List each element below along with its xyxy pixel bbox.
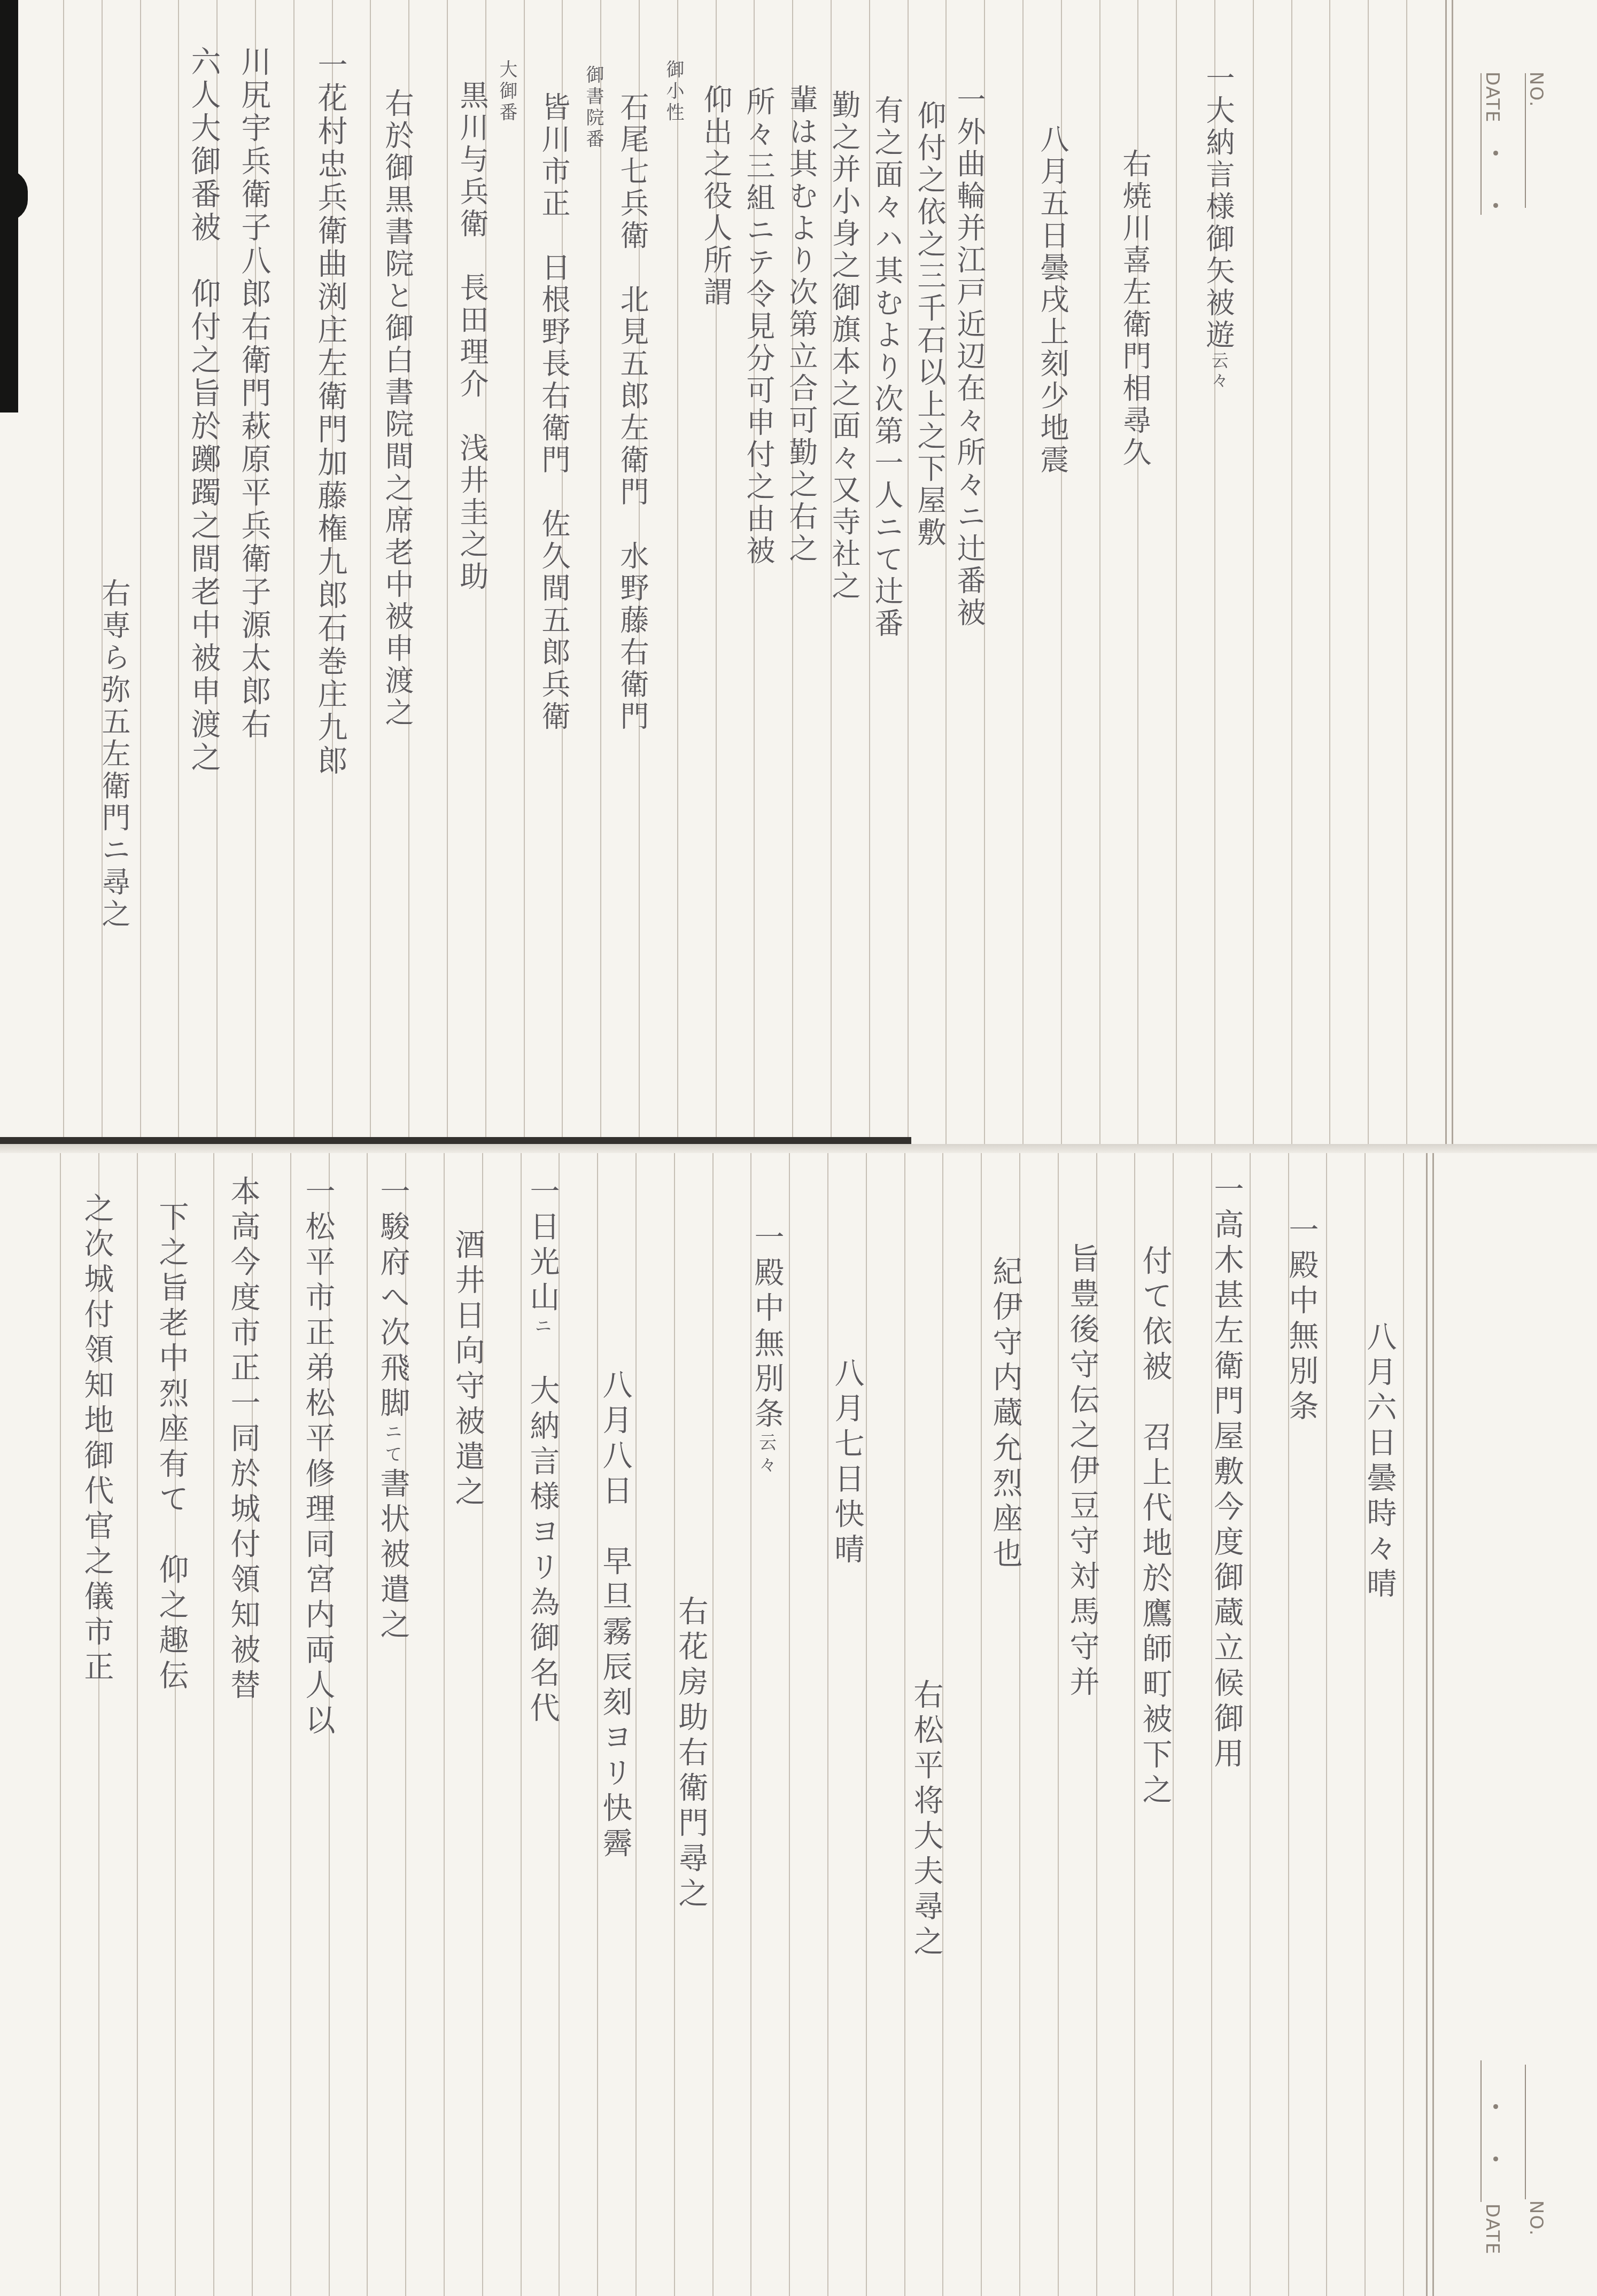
text-segment: 旨豊後守伝之伊豆守対馬守并 (1065, 1243, 1099, 1701)
text-segment: 之次城付領知地御代官之儀市正 (79, 1193, 114, 1686)
rule-line (712, 1153, 714, 2296)
rule-line (293, 0, 294, 1147)
margin-double-rule (1432, 1153, 1434, 2296)
handwritten-column: 大御番 (496, 60, 517, 124)
date-separator-dot (1493, 151, 1498, 155)
no-field-line (1525, 2065, 1526, 2199)
rule-line (635, 1153, 637, 2296)
text-segment: 一殿中無別条 (749, 1221, 784, 1433)
handwritten-column: 六人大御番被 仰付之旨於躑躅之間老中被申渡之 (186, 46, 220, 775)
text-segment: 有之面々ハ其むより次第一人ニて辻番 (870, 95, 904, 640)
rule-line (1176, 0, 1177, 1147)
margin-double-rule (1452, 0, 1453, 1147)
handwritten-column: 一花村忠兵衛曲渕庄左衛門加藤権九郎石巻庄九郎 (313, 49, 347, 778)
rule-line (1406, 0, 1407, 1147)
no-label: NO. (1525, 72, 1547, 108)
text-segment: 仰付之依之三千石以上之下屋敷 (913, 100, 947, 549)
handwritten-column: 一殿中無別条 (1284, 1214, 1318, 1426)
handwritten-column: 石尾七兵衛 北見五郎左衛門 水野藤右衛門 (616, 92, 649, 733)
handwritten-column: 下之旨老中烈座有て 仰之趣伝 (154, 1201, 188, 1695)
rule-line (1329, 0, 1330, 1147)
notebook-page-1: 一大納言様御矢被遊云々右焼川喜左衛門相尋久八月五日曇戌上刻少地震一外曲輪并江戸近… (0, 0, 1597, 1147)
text-segment: 紀伊守内蔵允烈座也 (988, 1256, 1022, 1573)
rule-line (1099, 0, 1100, 1147)
date-separator-dot (1493, 203, 1498, 208)
handwritten-column: 御小性 (663, 60, 684, 124)
text-segment: 一駿府へ次飛脚 (375, 1176, 410, 1422)
handwritten-column: 一高木甚左衛門屋敷今度御蔵立候御用 (1209, 1173, 1243, 1773)
rule-line (213, 1153, 214, 2296)
handwritten-column: 皆川市正 日根野長右衛門 佐久間五郎兵衛 (537, 92, 570, 733)
handwritten-column: 八月七日快晴 (829, 1357, 864, 1569)
rule-line (63, 0, 64, 1147)
text-segment: ニ (532, 1317, 552, 1339)
text-segment: 大御番 (496, 60, 517, 124)
page-seam-shadow (0, 1137, 911, 1144)
handwritten-column: 八月五日曇戌上刻少地震 (1036, 124, 1069, 477)
handwritten-column: 付て依被 召上代地於鷹師町被下之 (1137, 1245, 1172, 1809)
text-segment: 本高今度市正一同於城付領知被替 (226, 1176, 260, 1705)
handwritten-column: 御書院番 (583, 65, 603, 151)
handwritten-column: 紀伊守内蔵允烈座也 (988, 1256, 1022, 1573)
text-segment: ニて (382, 1422, 402, 1468)
text-segment: 石尾七兵衛 北見五郎左衛門 水野藤右衛門 (616, 92, 649, 733)
handwritten-column: 右松平将大夫尋之 (909, 1679, 943, 1961)
handwritten-column: 一駿府へ次飛脚ニて書状被遣之 (375, 1176, 409, 1644)
text-segment: 八月八日 早旦霧辰刻ヨリ快霽 (598, 1369, 632, 1863)
text-segment: 輩は其むより次第立合可勤之右之 (785, 84, 818, 565)
handwritten-column: 一松平市正弟松平修理同宮内両人以 (300, 1176, 335, 1740)
handwritten-column: 之次城付領知地御代官之儀市正 (79, 1193, 113, 1686)
rule-line (1250, 1153, 1251, 2296)
text-segment: 皆川市正 日根野長右衛門 佐久間五郎兵衛 (537, 92, 571, 733)
handwritten-column: 右於御黒書院と御白書院間之席老中被申渡之 (381, 88, 414, 729)
rule-line (60, 1153, 61, 2296)
handwritten-column: 一殿中無別条云々 (749, 1221, 784, 1478)
page-seam (0, 1144, 1597, 1153)
date-label: DATE (1482, 2204, 1503, 2255)
date-separator-dot (1493, 2104, 1498, 2109)
rule-line (137, 1153, 138, 2296)
rule-line (1134, 1153, 1135, 2296)
handwritten-column: 仰付之依之三千石以上之下屋敷 (913, 100, 946, 549)
handwritten-column: 右花房助右衛門尋之 (673, 1595, 708, 1913)
handwritten-column: 有之面々ハ其むより次第一人ニて辻番 (870, 95, 903, 640)
handwritten-column: 仰出之役人所謂 (699, 84, 732, 309)
text-segment: 御小性 (663, 60, 684, 124)
rule-line (904, 1153, 905, 2296)
handwritten-column: 本高今度市正一同於城付領知被替 (226, 1176, 260, 1705)
text-segment: 書状被遣之 (375, 1468, 410, 1644)
handwritten-column: 右専ら弥五左衛門ニ尋之 (97, 578, 130, 931)
rule-line (102, 0, 103, 1147)
text-segment: 黒川与兵衛 長田理介 浅井圭之助 (455, 80, 489, 593)
text-segment: 一殿中無別条 (1284, 1214, 1319, 1426)
rule-line (521, 1153, 522, 2296)
handwritten-column: 黒川与兵衛 長田理介 浅井圭之助 (455, 80, 489, 593)
no-label: NO. (1525, 2200, 1547, 2237)
handwritten-column: 輩は其むより次第立合可勤之右之 (785, 84, 818, 565)
margin-double-rule (1426, 1153, 1428, 2296)
rule-line (1253, 0, 1254, 1147)
text-segment: 右松平将大夫尋之 (909, 1679, 943, 1961)
handwritten-column: 右焼川喜左衛門相尋久 (1118, 149, 1151, 469)
handwritten-column: 所々三組ニテ令見分可申付之由被 (742, 87, 775, 567)
text-segment: 八月七日快晴 (829, 1357, 864, 1569)
handwritten-column: 酒井日向守被遣之 (450, 1229, 484, 1511)
handwritten-column: 八月八日 早旦霧辰刻ヨリ快霽 (598, 1369, 632, 1863)
rule-line (140, 0, 141, 1147)
rule-line (1291, 0, 1292, 1147)
text-segment: 一外曲輪并江戸近辺在々所々ニ辻番被 (952, 84, 986, 629)
rule-line (1326, 1153, 1327, 2296)
text-segment: 勤之并小身之御旗本之面々又寺社之 (827, 90, 861, 603)
text-segment: 云々 (1208, 352, 1228, 392)
rule-line (178, 0, 179, 1147)
rule-line (1173, 1153, 1174, 2296)
text-segment: 一大納言様御矢被遊 (1201, 63, 1235, 352)
rule-line (1368, 0, 1369, 1147)
rule-line (789, 1153, 790, 2296)
rule-line (367, 1153, 368, 2296)
text-segment: 右花房助右衛門尋之 (673, 1595, 708, 1913)
rule-line (600, 0, 601, 1147)
rule-line (524, 0, 525, 1147)
date-label: DATE (1482, 72, 1503, 123)
rule-line (827, 1153, 828, 2296)
text-segment: 云々 (756, 1433, 777, 1478)
handwritten-column: 旨豊後守伝之伊豆守対馬守并 (1065, 1243, 1099, 1701)
text-segment: 大納言様ヨリ為御名代 (525, 1339, 560, 1727)
rule-line (444, 1153, 445, 2296)
text-segment: 下之旨老中烈座有て 仰之趣伝 (154, 1201, 189, 1695)
text-segment: 八月六日曇時々晴 (1362, 1321, 1397, 1603)
rule-line (370, 0, 371, 1147)
text-segment: 右於御黒書院と御白書院間之席老中被申渡之 (381, 88, 414, 729)
text-segment: 右焼川喜左衛門相尋久 (1118, 149, 1152, 469)
rule-line (290, 1153, 291, 2296)
text-segment: 一高木甚左衛門屋敷今度御蔵立候御用 (1209, 1173, 1244, 1773)
handwritten-column: 八月六日曇時々晴 (1362, 1321, 1396, 1603)
text-segment: 右専ら弥五左衛門ニ尋之 (97, 578, 131, 931)
text-segment: 御書院番 (583, 65, 604, 151)
date-separator-dot (1493, 2157, 1498, 2161)
rule-line (677, 0, 678, 1147)
handwritten-column: 勤之并小身之御旗本之面々又寺社之 (827, 90, 860, 603)
text-segment: 六人大御番被 仰付之旨於躑躅之間老中被申渡之 (186, 46, 221, 775)
rule-line (981, 1153, 982, 2296)
rule-line (1403, 1153, 1404, 2296)
handwritten-column: 一日光山ニ 大納言様ヨリ為御名代 (525, 1176, 559, 1727)
text-segment: 所々三組ニテ令見分可申付之由被 (742, 87, 776, 567)
handwritten-column: 一外曲輪并江戸近辺在々所々ニ辻番被 (952, 84, 986, 629)
notebook-page-2: 八月六日曇時々晴一殿中無別条一高木甚左衛門屋敷今度御蔵立候御用付て依被 召上代地… (0, 1153, 1597, 2296)
text-segment: 酒井日向守被遣之 (450, 1229, 485, 1511)
rule-line (1058, 1153, 1059, 2296)
text-segment: 付て依被 召上代地於鷹師町被下之 (1137, 1245, 1172, 1809)
text-segment: 一花村忠兵衛曲渕庄左衛門加藤権九郎石巻庄九郎 (313, 49, 347, 778)
handwritten-column: 川尻宇兵衛子八郎右衛門萩原平兵衛子源太郎右 (236, 46, 270, 742)
rule-line (1022, 0, 1024, 1147)
text-segment: 八月五日曇戌上刻少地震 (1036, 124, 1069, 477)
text-segment: 一松平市正弟松平修理同宮内両人以 (300, 1176, 335, 1740)
margin-double-rule (1445, 0, 1447, 1147)
date-field-line (1480, 2060, 1482, 2202)
rule-line (908, 0, 909, 1147)
text-segment: 一日光山 (525, 1176, 560, 1317)
handwritten-column: 一大納言様御矢被遊云々 (1201, 63, 1235, 392)
rule-line (447, 0, 448, 1147)
text-segment: 川尻宇兵衛子八郎右衛門萩原平兵衛子源太郎右 (236, 46, 271, 742)
text-segment: 仰出之役人所謂 (699, 84, 733, 309)
rule-line (866, 1153, 867, 2296)
